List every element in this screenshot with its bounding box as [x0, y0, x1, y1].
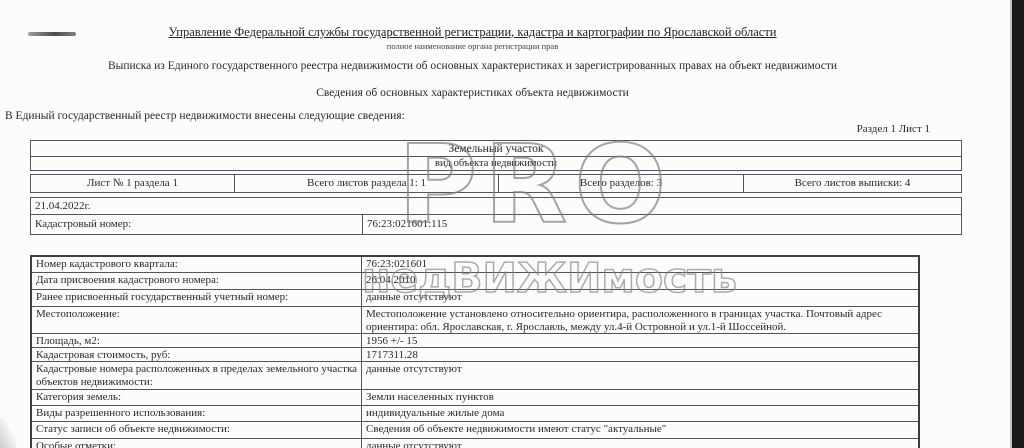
row-label: Номер кадастрового квартала: [32, 257, 362, 272]
table-row: Кадастровые номера расположенных в преде… [32, 362, 918, 390]
date-cadastral-table: 21.04.2022г. Кадастровый номер: 76:23:02… [30, 197, 962, 235]
extract-sheets-cell: Всего листов выписки: 4 [743, 175, 961, 192]
row-label: Площадь, м2: [32, 334, 362, 348]
characteristics-table: Номер кадастрового квартала: 76:23:02160… [30, 255, 920, 448]
table-row: Категория земель: Земли населенных пункт… [32, 390, 918, 406]
cadastral-number-label: Кадастровый номер: [31, 215, 363, 234]
row-value: 1956 +/- 15 [362, 334, 918, 348]
table-row: Дата присвоения кадастрового номера: 26.… [32, 273, 918, 290]
intro-text: В Единый государственный реестр недвижим… [5, 110, 405, 122]
sheet-summary-row: Лист № 1 раздела 1 Всего листов раздела … [30, 174, 962, 193]
row-value: индивидуальные жилые дома [362, 406, 918, 421]
scan-corner-shade [0, 418, 16, 448]
sheet-number-cell: Лист № 1 раздела 1 [31, 175, 234, 192]
table-row: Виды разрешенного использования: индивид… [32, 406, 918, 422]
row-value: 26.04.2010 [362, 273, 918, 289]
row-value: Сведения об объекте недвижимости имеют с… [362, 422, 918, 438]
sections-total-cell: Всего разделов: 3 [498, 175, 743, 192]
table-row: Статус записи об объекте недвижимости: С… [32, 422, 918, 439]
table-row: Кадастровая стоимость, руб: 1717311.28 [32, 348, 918, 362]
row-label: Категория земель: [32, 390, 362, 405]
table-row: Номер кадастрового квартала: 76:23:02160… [32, 257, 918, 273]
table-row: Площадь, м2: 1956 +/- 15 [32, 334, 918, 348]
document-title: Выписка из Единого государственного реес… [0, 60, 945, 72]
row-label: Статус записи об объекте недвижимости: [32, 422, 362, 438]
object-type-caption: вид объекта недвижимости [30, 157, 962, 171]
row-value: 76:23:021601 [362, 257, 918, 272]
cadastral-number-value: 76:23:021601:115 [363, 215, 961, 234]
row-value: данные отсутствуют [362, 290, 918, 306]
object-type-value: Земельный участок [30, 140, 962, 157]
section-sheets-cell: Всего листов раздела 1: 1 [234, 175, 498, 192]
section-title: Сведения об основных характеристиках объ… [0, 87, 945, 99]
row-label: Кадастровые номера расположенных в преде… [32, 362, 362, 389]
row-label: Местоположение: [32, 307, 362, 333]
authority-caption: полное наименование органа регистрации п… [0, 41, 945, 51]
extract-date: 21.04.2022г. [31, 198, 961, 215]
object-type-table: Земельный участок вид объекта недвижимос… [30, 140, 962, 193]
row-value: Местоположение установлено относительно … [362, 307, 918, 333]
document-scan: { "header": { "authority": "Управление Ф… [0, 0, 1024, 448]
table-row: Особые отметки: данные отсутствуют [32, 439, 918, 448]
row-value: 1717311.28 [362, 348, 918, 362]
row-value: Земли населенных пунктов [362, 390, 918, 405]
authority-title: Управление Федеральной службы государств… [0, 25, 945, 40]
row-label: Кадастровая стоимость, руб: [32, 348, 362, 362]
row-label: Особые отметки: [32, 439, 362, 448]
row-label: Виды разрешенного использования: [32, 406, 362, 421]
table-row: Кадастровый номер: 76:23:021601:115 [31, 215, 961, 234]
row-value: данные отсутствуют [362, 439, 918, 448]
row-label: Ранее присвоенный государственный учетны… [32, 290, 362, 306]
scanner-edge-band [1012, 0, 1024, 448]
table-row: Местоположение: Местоположение установле… [32, 307, 918, 334]
row-value: данные отсутствуют [362, 362, 918, 389]
table-row: Ранее присвоенный государственный учетны… [32, 290, 918, 307]
row-label: Дата присвоения кадастрового номера: [32, 273, 362, 289]
section-page-label: Раздел 1 Лист 1 [0, 123, 930, 135]
